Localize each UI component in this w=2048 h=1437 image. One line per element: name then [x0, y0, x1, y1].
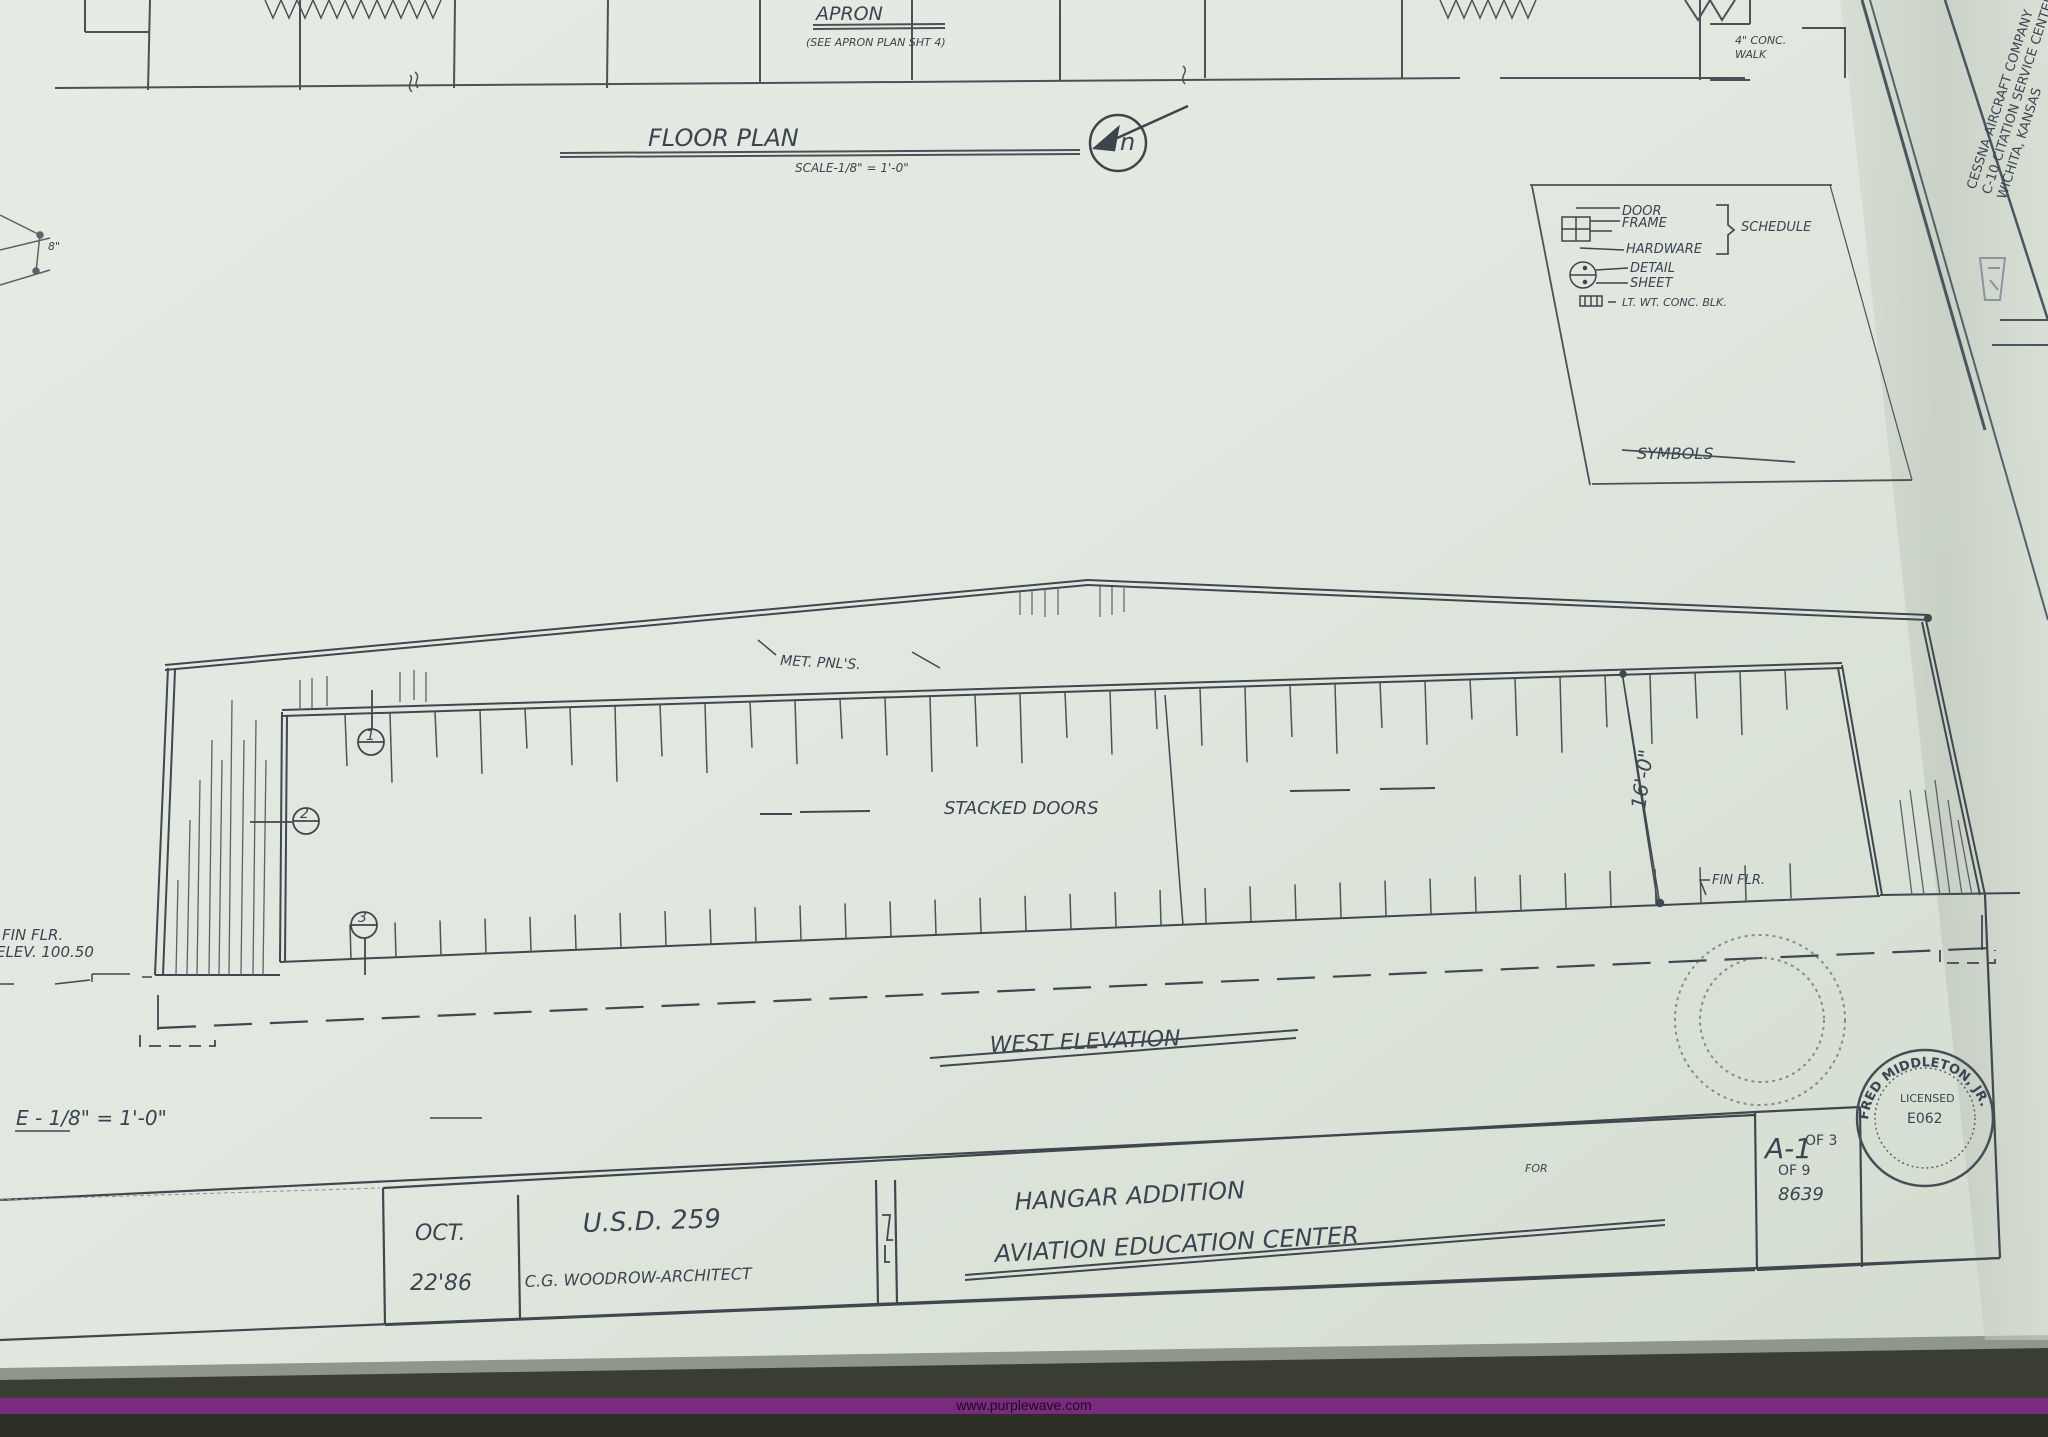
partial-dim-label: 8": [48, 240, 60, 253]
table-edge: [0, 1414, 2048, 1437]
legend-item-block: LT. WT. CONC. BLK.: [1622, 296, 1727, 309]
fin-floor-left-label: FIN FLR.: [2, 926, 63, 944]
svg-text:2: 2: [300, 806, 309, 822]
legend-item-hardware: HARDWARE: [1626, 242, 1703, 257]
walk-note: 4" CONC.: [1735, 34, 1786, 47]
sheet-of-total: OF 9: [1778, 1163, 1810, 1179]
svg-text:LICENSED: LICENSED: [1900, 1092, 1955, 1105]
svg-text:3: 3: [358, 910, 367, 926]
svg-text:n: n: [1120, 128, 1135, 156]
svg-text:E062: E062: [1907, 1111, 1943, 1127]
elevation-scale: E - 1/8" = 1'-0": [16, 1106, 167, 1130]
sheet-of: OF 3: [1805, 1133, 1837, 1149]
walk-note-2: WALK: [1735, 48, 1767, 61]
legend-item-sheet: SHEET: [1630, 276, 1673, 291]
date-day-year: 22'86: [410, 1271, 472, 1296]
stacked-doors-note: STACKED DOORS: [944, 798, 1099, 819]
apron-label: APRON: [814, 3, 883, 25]
project-for: FOR: [1525, 1162, 1548, 1175]
floor-plan-scale: SCALE-1/8" = 1'-0": [795, 161, 909, 175]
watermark-text: www.purplewave.com: [0, 1397, 2048, 1413]
svg-text:1: 1: [366, 728, 375, 744]
legend-item-frame: FRAME: [1622, 216, 1668, 231]
fin-floor-elev-label: ELEV. 100.50: [0, 943, 94, 961]
date-month: OCT.: [415, 1221, 466, 1246]
symbols-title: SYMBOLS: [1637, 444, 1713, 463]
blueprint-sheet: CESSNA AIRCRAFT COMPANY C-10 CITATION SE…: [0, 0, 2048, 1437]
client-name: U.S.D. 259: [582, 1204, 721, 1239]
apron-note: (SEE APRON PLAN SHT 4): [806, 36, 946, 49]
legend-item-detail: DETAIL: [1630, 261, 1675, 276]
legend-schedule-label: SCHEDULE: [1741, 220, 1812, 235]
fin-floor-right-label: FIN FLR.: [1712, 873, 1765, 888]
floor-plan-title: FLOOR PLAN: [648, 124, 799, 152]
job-number: 8639: [1778, 1184, 1824, 1205]
